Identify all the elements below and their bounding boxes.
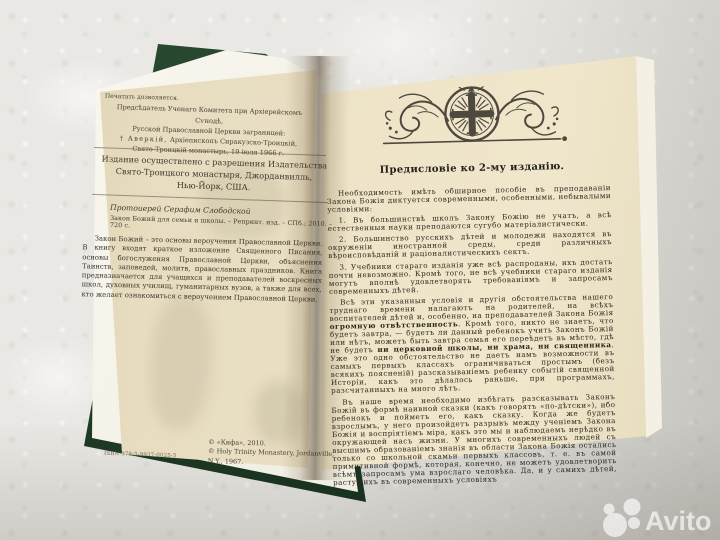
preface-paragraph: Въ наше время необходимо избѣгать разска… <box>331 393 617 488</box>
avito-wordmark: Avito <box>645 506 712 536</box>
avito-watermark: Avito <box>599 497 717 539</box>
preface-paragraphs: Необходимость имѣть обширное пособіе въ … <box>327 184 617 490</box>
preface-paragraph: Всѣ эти указанныя условія и другія обсто… <box>329 293 615 396</box>
preface-paragraph: 2. Большинство русскихъ дѣтей и молодежи… <box>328 230 612 260</box>
preface-paragraph: 3. Учебники стараго изданія уже всѣ расп… <box>328 258 613 296</box>
avito-logo-icon <box>603 499 641 538</box>
preface-paragraph: Необходимость имѣть обширное пособіе въ … <box>327 184 611 214</box>
annotation-paragraph: Закон Божий – это основы вероучения Прав… <box>81 234 322 304</box>
book-photo: Печатать дозволяется. Предсѣдатель Учена… <box>0 0 720 540</box>
chapter-headpiece-cross-ornament <box>379 82 571 153</box>
imprimatur-block: Печатать дозволяется. Предсѣдатель Учена… <box>101 92 317 160</box>
permission-block: Издание осуществлено с разрешения Издате… <box>99 153 328 196</box>
imprimatur-signature-name: † Аверкій, <box>120 134 168 144</box>
isbn-line: ISBN 978-5-9937-0025-5 <box>104 451 177 460</box>
